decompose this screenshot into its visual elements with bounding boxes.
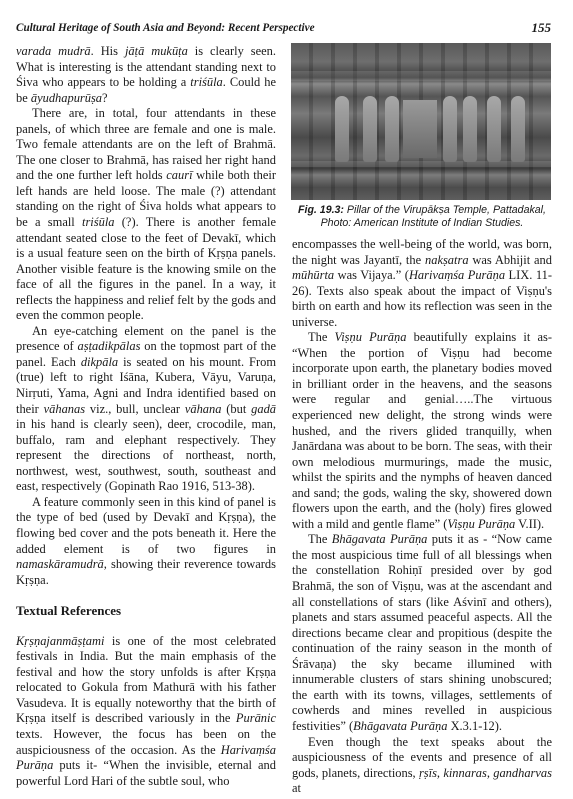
paragraph: The Bhāgavata Purāṇa puts it as - “Now c… xyxy=(292,532,552,734)
running-header: Cultural Heritage of South Asia and Beyo… xyxy=(16,22,551,38)
carved-figure xyxy=(463,96,477,162)
paragraph: varada mudrā. His jāṭā mukūṭa is clearly… xyxy=(16,44,276,106)
paragraph: The Viṣṇu Purāṇa beautifully explains it… xyxy=(292,330,552,532)
paragraph: An eye-catching element on the panel is … xyxy=(16,324,276,495)
paragraph: encompasses the well-being of the world,… xyxy=(292,237,552,330)
carved-figure xyxy=(363,96,377,162)
book-title: Cultural Heritage of South Asia and Beyo… xyxy=(16,22,315,34)
paragraph: Even though the text speaks about the au… xyxy=(292,735,552,797)
left-column: varada mudrā. His jāṭā mukūṭa is clearly… xyxy=(16,44,276,789)
figure-label: Fig. 19.3: xyxy=(298,204,344,216)
figure-caption: Fig. 19.3: Pillar of the Virupākṣa Templ… xyxy=(292,204,552,230)
paragraph: A feature commonly seen in this kind of … xyxy=(16,495,276,588)
carved-figure xyxy=(487,96,501,162)
carved-figure xyxy=(443,96,457,162)
right-column: encompasses the well-being of the world,… xyxy=(292,237,552,797)
section-heading: Textual References xyxy=(16,603,276,619)
carved-figure xyxy=(511,96,525,162)
decorative-band xyxy=(291,161,551,167)
carved-figure xyxy=(335,96,349,162)
carved-shrine xyxy=(403,100,437,158)
page-number: 155 xyxy=(532,20,552,36)
paragraph: There are, in total, four attendants in … xyxy=(16,106,276,324)
paragraph: Kṛṣṇajanmāṣṭami is one of the most celeb… xyxy=(16,634,276,789)
decorative-band xyxy=(291,71,551,81)
carved-figure xyxy=(385,96,399,162)
temple-relief-photo xyxy=(291,43,551,200)
